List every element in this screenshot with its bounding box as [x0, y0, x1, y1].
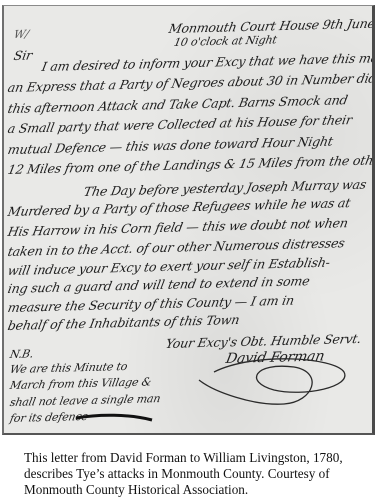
letter-body-line: Murdered by a Party of those Refugees wh… [7, 195, 352, 219]
letter-body-line: this afternoon Attack and Take Capt. Bar… [7, 92, 349, 116]
postscript-label: N.B. [9, 347, 35, 361]
postscript-line: March from this Village & [9, 375, 153, 392]
corner-notation: W/ [13, 28, 30, 41]
letter-facsimile-image: W/ Monmouth Court House 9th June 80 10 o… [2, 5, 375, 435]
letter-body-line: mutual Defence — this was done toward Ho… [7, 134, 335, 157]
signature-flourish-icon [194, 342, 354, 412]
letter-heading-time: 10 o'clock at Night [173, 33, 278, 49]
underline-stroke-icon [74, 406, 154, 426]
letter-body-line: 12 Miles from one of the Landings & 15 M… [7, 152, 375, 177]
letter-body-line: behalf of the Inhabitants of this Town [7, 312, 241, 333]
letter-salutation: Sir [13, 48, 34, 63]
letter-body-line: His Harrow in his Corn field — this we d… [7, 215, 350, 239]
letter-body-line: measure the Security of this County — I … [7, 293, 296, 315]
postscript-line: We are this Minute to [9, 360, 129, 376]
letter-body-line: I am desired to inform your Excy that we… [41, 49, 375, 74]
letter-body-line: a Small party that were Collected at his… [7, 112, 354, 136]
letter-body-line: an Express that a Party of Negroes about… [7, 70, 375, 95]
figure-caption: This letter from David Forman to William… [24, 450, 364, 498]
